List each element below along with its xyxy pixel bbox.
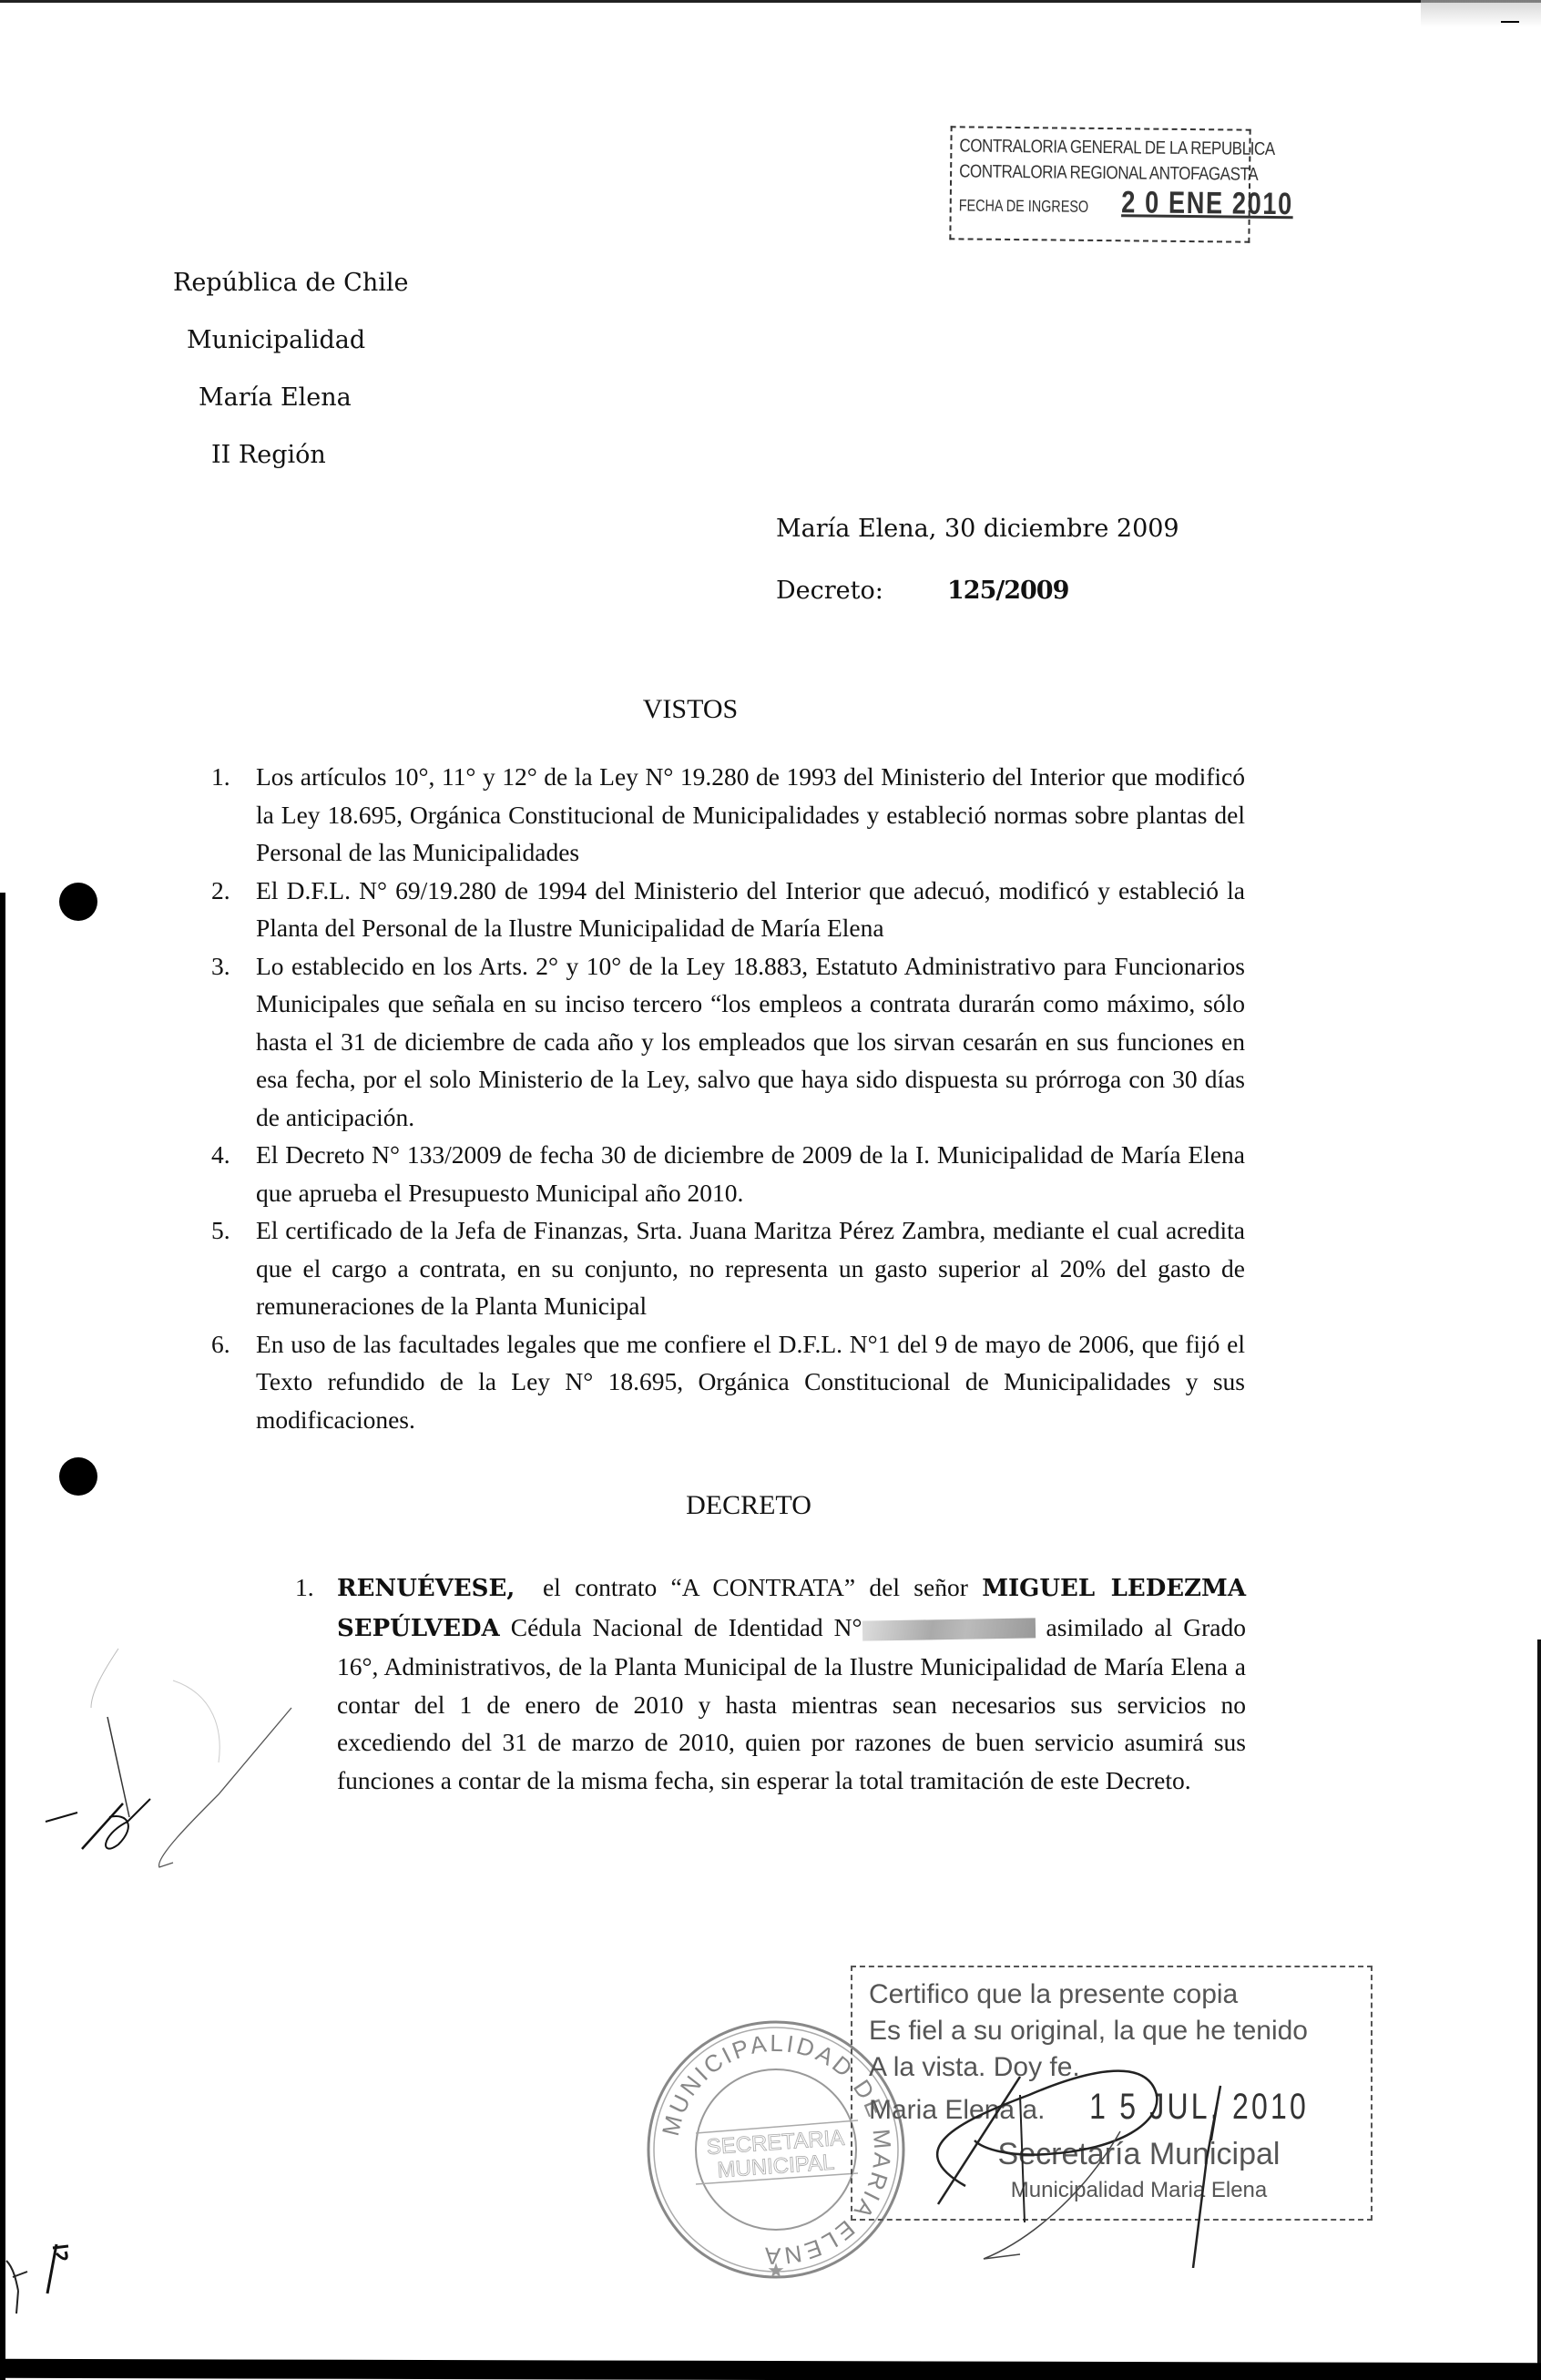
contraloria-receipt-stamp: CONTRALORIA GENERAL DE LA REPUBLICA CONT…	[949, 126, 1250, 242]
decree-verb: RENUÉVESE,	[337, 1575, 515, 1602]
letterhead-region: II Región	[211, 441, 326, 469]
vistos-list: 1. Los artículos 10°, 11° y 12° de la Le…	[211, 758, 1245, 1438]
item-number: 1.	[211, 758, 230, 796]
letterhead-country: República de Chile	[173, 269, 408, 297]
decreto-item: 1. RENUÉVESE, el contrato “A CONTRATA” d…	[299, 1568, 1246, 1799]
decree-number: 125/2009	[947, 577, 1068, 605]
scan-mark	[1501, 21, 1519, 23]
section-heading-decreto: DECRETO	[566, 1490, 931, 1521]
place-date: María Elena, 30 diciembre 2009	[776, 515, 1179, 543]
scan-edge-bottom	[0, 2359, 1541, 2380]
handwritten-signature-icon	[847, 1995, 1321, 2268]
letterhead-commune: María Elena	[199, 383, 352, 412]
item-text: El D.F.L. N° 69/19.280 de 1994 del Minis…	[256, 876, 1245, 943]
decreto-list: 1. RENUÉVESE, el contrato “A CONTRATA” d…	[299, 1568, 1246, 1799]
punch-hole-icon	[59, 883, 97, 921]
bottom-initials-icon	[0, 2232, 91, 2323]
item-text: Cédula Nacional de Identidad N°	[500, 1613, 862, 1641]
section-heading-vistos: VISTOS	[508, 694, 873, 725]
scan-edge-top	[0, 0, 1541, 3]
vistos-item: 5. El certificado de la Jefa de Finanzas…	[211, 1211, 1245, 1325]
vistos-item: 4. El Decreto N° 133/2009 de fecha 30 de…	[211, 1136, 1245, 1211]
stamp-date-line: FECHA DE INGRESO 2 0 ENE 2010	[959, 184, 1185, 224]
stamp-line: CONTRALORIA GENERAL DE LA REPUBLICA	[959, 133, 1199, 161]
vistos-item: 1. Los artículos 10°, 11° y 12° de la Le…	[211, 758, 1245, 872]
stamp-date: 2 0 ENE 2010	[1121, 185, 1293, 221]
item-text: el contrato “A CONTRATA” del señor	[515, 1573, 982, 1601]
scan-edge-right	[1537, 1639, 1541, 2380]
item-text: En uso de las facultades legales que me …	[256, 1330, 1245, 1434]
stamp-line: CONTRALORIA REGIONAL ANTOFAGASTA	[959, 158, 1199, 187]
letterhead-institution: Municipalidad	[187, 326, 365, 354]
vistos-item: 2. El D.F.L. N° 69/19.280 de 1994 del Mi…	[211, 872, 1245, 947]
item-text: Lo establecido en los Arts. 2° y 10° de …	[256, 952, 1245, 1131]
punch-hole-icon	[59, 1457, 97, 1496]
item-number: 4.	[211, 1136, 230, 1174]
item-number: 1.	[295, 1568, 314, 1607]
vistos-item: 3. Lo establecido en los Arts. 2° y 10° …	[211, 947, 1245, 1137]
svg-text:★: ★	[767, 2260, 785, 2283]
scan-edge-left	[0, 893, 5, 2380]
item-number: 2.	[211, 872, 230, 910]
redacted-id-number	[862, 1619, 1035, 1641]
scan-shadow	[1421, 0, 1541, 27]
margin-initials-icon	[36, 1639, 310, 1876]
item-text: El Decreto N° 133/2009 de fecha 30 de di…	[256, 1140, 1245, 1207]
stamp-date-label: FECHA DE INGRESO	[959, 196, 1089, 215]
vistos-item: 6. En uso de las facultades legales que …	[211, 1325, 1245, 1439]
decree-number-label: Decreto:	[776, 577, 883, 605]
item-text: Los artículos 10°, 11° y 12° de la Ley N…	[256, 762, 1245, 866]
item-number: 5.	[211, 1211, 230, 1250]
item-number: 6.	[211, 1325, 230, 1364]
item-number: 3.	[211, 947, 230, 986]
item-text: El certificado de la Jefa de Finanzas, S…	[256, 1216, 1245, 1320]
